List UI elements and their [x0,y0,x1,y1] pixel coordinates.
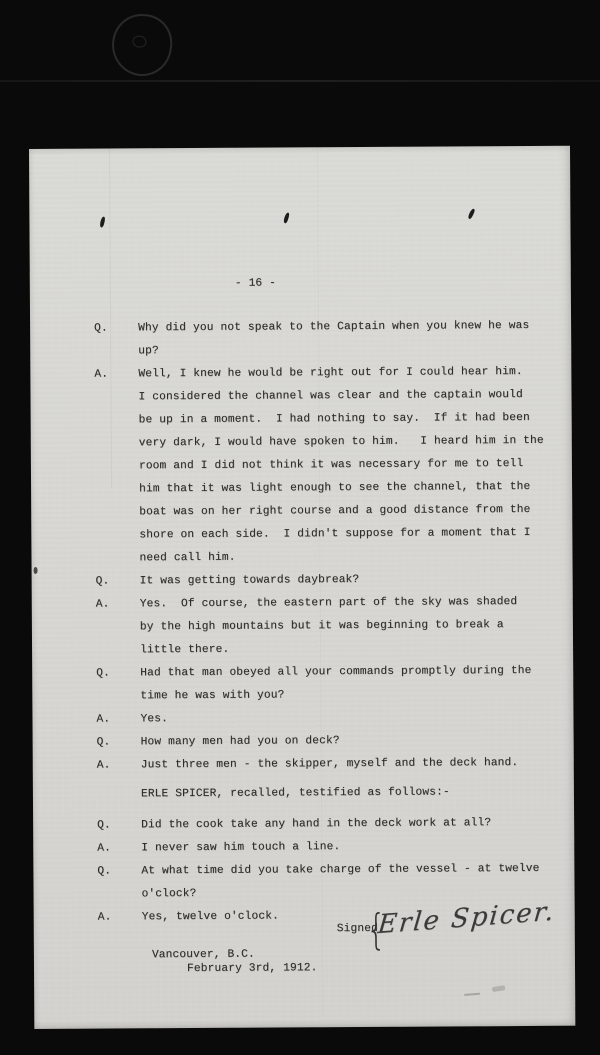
speaker-label: A. [96,709,110,732]
circular-stamp [108,10,176,80]
page-number: - 16 - [235,272,276,295]
scan-seam-line [0,80,600,82]
qa-entry: Q. Had that man obeyed all your commands… [96,660,561,709]
qa-entry: A. Yes. Of course, the eastern part of t… [96,591,561,663]
edge-speck [34,567,38,574]
transcript-line: shore on each side. I didn't suppose for… [139,522,560,548]
transcript-line: Why did you not speak to the Captain whe… [138,315,559,341]
qa-entry: Q. How many men had you on deck? [97,729,562,755]
date-line: February 3rd, 1912. [187,957,318,981]
transcript-line: boat was on her right course and a good … [139,499,560,525]
speaker-label: A. [97,838,111,861]
speaker-label: Q. [97,861,111,884]
punch-mark [283,212,290,224]
transcript-line: At what time did you take charge of the … [141,858,562,884]
photostat-scan: { "colors": { "surround": "#0a0a0a", "pa… [0,0,600,1055]
transcript-line: room and I did not think it was necessar… [139,453,560,479]
transcript-line: It was getting towards daybreak? [140,568,561,594]
transcript-line: little there. [140,637,561,663]
transcript-line: Just three men - the skipper, myself and… [141,752,562,778]
recall-heading: ERLE SPICER, recalled, testified as foll… [141,781,450,806]
speaker-label: Q. [94,318,108,341]
qa-entry: Q. At what time did you take charge of t… [97,858,562,907]
stamp-inner-mark [132,35,148,49]
punch-mark [467,208,475,220]
transcript-line: How many men had you on deck? [141,729,562,755]
speaker-label: Q. [96,663,110,686]
speaker-label: A. [94,364,108,387]
speaker-label: Q. [97,732,111,755]
transcript-line: by the high mountains but it was beginni… [140,614,561,640]
transcript-line: need call him. [139,545,560,571]
qa-entry: Q. Why did you not speak to the Captain … [94,315,559,364]
transcript-line: him that it was light enough to see the … [139,476,560,502]
scanned-page: - 16 - Q. Why did you not speak to the C… [29,146,575,1029]
transcript-line: Did the cook take any hand in the deck w… [141,812,562,838]
speaker-label: A. [98,907,112,930]
speaker-label: Q. [96,571,110,594]
transcript-line: Had that man obeyed all your commands pr… [140,660,561,686]
transcript-line: I never saw him touch a line. [141,835,562,861]
qa-entry: A. I never saw him touch a line. [97,835,562,861]
pencil-smudge [464,993,480,996]
transcript-line: very dark, I would have spoken to him. I… [139,430,560,456]
speaker-label: A. [96,594,110,617]
transcript-line: Yes. Of course, the eastern part of the … [140,591,561,617]
transcript-line: time he was with you? [140,683,561,709]
speaker-label: A. [97,755,111,778]
speaker-label: Q. [97,815,111,838]
transcript-line: I considered the channel was clear and t… [138,384,559,410]
punch-mark [99,216,105,228]
transcript-line: up? [138,338,559,364]
qa-entry: A. Just three men - the skipper, myself … [97,752,562,778]
qa-entry: Q. It was getting towards daybreak? [96,568,561,594]
qa-entry: A. Yes. [96,706,561,732]
transcript-line: Well, I knew he would be right out for I… [138,361,559,387]
transcript-line: Yes. [140,706,561,732]
qa-entry: A. Well, I knew he would be right out fo… [94,361,560,571]
qa-entry: Q. Did the cook take any hand in the dec… [97,812,562,838]
transcript-line: be up in a moment. I had nothing to say.… [139,407,560,433]
pencil-smudge [492,985,506,992]
